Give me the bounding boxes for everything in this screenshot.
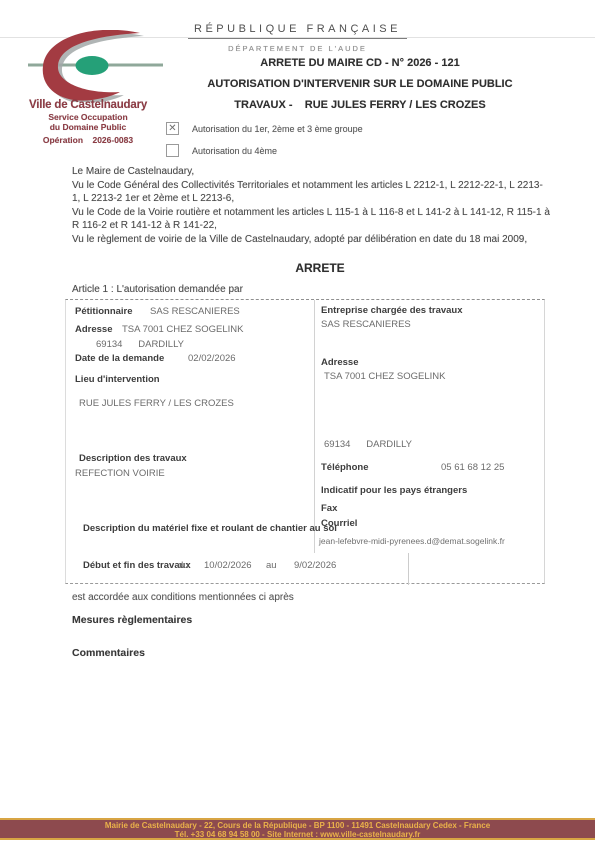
preamble-vu-voirie: Vu le Code de la Voirie routière et nota… [72,206,550,233]
adresse-left-city: 69134 DARDILLY [96,339,184,350]
arrete-heading: ARRETE [70,261,570,275]
adresse-right-city: 69134 DARDILLY [324,439,412,450]
footer-band: Mairie de Castelnaudary - 22, Cours de l… [0,818,595,840]
description-travaux-label: Description des travaux [79,453,187,464]
date-demande-value: 02/02/2026 [188,353,236,364]
lieu-intervention-label: Lieu d'intervention [75,374,160,385]
authorization-form-table: Pétitionnaire SAS RESCANIERES Adresse TS… [65,299,545,584]
checkbox-group-4 [166,144,179,157]
footer-contact-line: Tél. +33 04 68 94 58 00 - Site Internet … [0,830,595,839]
petitionnaire-value: SAS RESCANIERES [150,306,240,317]
preamble-vu-cgct: Vu le Code Général des Collectivités Ter… [72,179,550,206]
adresse-left-value: TSA 7001 CHEZ SOGELINK [122,324,243,335]
brand-service-line1: Service Occupation [6,112,170,122]
adresse-right-value: TSA 7001 CHEZ SOGELINK [324,371,445,382]
brand-operation-number: Opération 2026-0083 [6,135,170,145]
adresse-left-label: Adresse [75,324,113,335]
preamble: Le Maire de Castelnaudary, Vu le Code Gé… [72,165,550,246]
autorisation-title: AUTORISATION D'INTERVENIR SUR LE DOMAINE… [125,78,595,90]
courriel-value: jean-lefebvre-midi-pyrenees.d@demat.soge… [319,536,505,546]
brand-city-name: Ville de Castelnaudary [6,99,170,111]
au-label: au [266,560,277,571]
arrete-number-title: ARRETE DU MAIRE CD - N° 2026 - 121 [125,57,595,69]
mesures-heading: Mesures règlementaires [72,614,192,626]
table-column-divider [314,300,315,553]
footer-address-line: Mairie de Castelnaudary - 22, Cours de l… [0,821,595,830]
document-page: RÉPUBLIQUE FRANÇAISE DÉPARTEMENT DE L'AU… [0,0,595,842]
republique-text: RÉPUBLIQUE FRANÇAISE [188,23,407,39]
description-travaux-value: REFECTION VOIRIE [75,468,165,479]
date-fin-value: 9/02/2026 [294,560,336,571]
preamble-line-maire: Le Maire de Castelnaudary, [72,165,550,179]
telephone-value: 05 61 68 12 25 [441,462,504,473]
telephone-label: Téléphone [321,462,369,473]
commentaires-heading: Commentaires [72,647,145,659]
du-label: du [178,560,189,571]
indicatif-label: Indicatif pour les pays étrangers [321,485,467,496]
fax-label: Fax [321,503,337,514]
preamble-vu-reglement: Vu le règlement de voirie de la Ville de… [72,233,550,247]
castelnaudary-logo-icon [28,30,163,102]
adresse-right-label: Adresse [321,357,359,368]
table-bottom-row-divider [408,553,409,585]
date-demande-label: Date de la demande [75,353,164,364]
travaux-title: TRAVAUX - RUE JULES FERRY / LES CROZES [125,99,595,111]
lieu-intervention-value: RUE JULES FERRY / LES CROZES [79,398,234,409]
entreprise-value: SAS RESCANIERES [321,319,411,330]
brand-service-line2: du Domaine Public [6,122,170,132]
entreprise-label: Entreprise chargée des travaux [321,305,463,316]
date-debut-value: 10/02/2026 [204,560,252,571]
materiel-label: Description du matériel fixe et roulant … [83,523,337,534]
accordee-line: est accordée aux conditions mentionnées … [72,592,294,603]
checkbox-group-4-label: Autorisation du 4ème [192,146,277,156]
petitionnaire-label: Pétitionnaire [75,306,133,317]
debut-fin-label: Début et fin des travaux [83,560,191,571]
checkbox-group-123-label: Autorisation du 1er, 2ème et 3 ème group… [192,124,363,134]
article1-heading: Article 1 : L'autorisation demandée par [72,284,243,295]
courriel-label: Courriel [321,518,357,529]
